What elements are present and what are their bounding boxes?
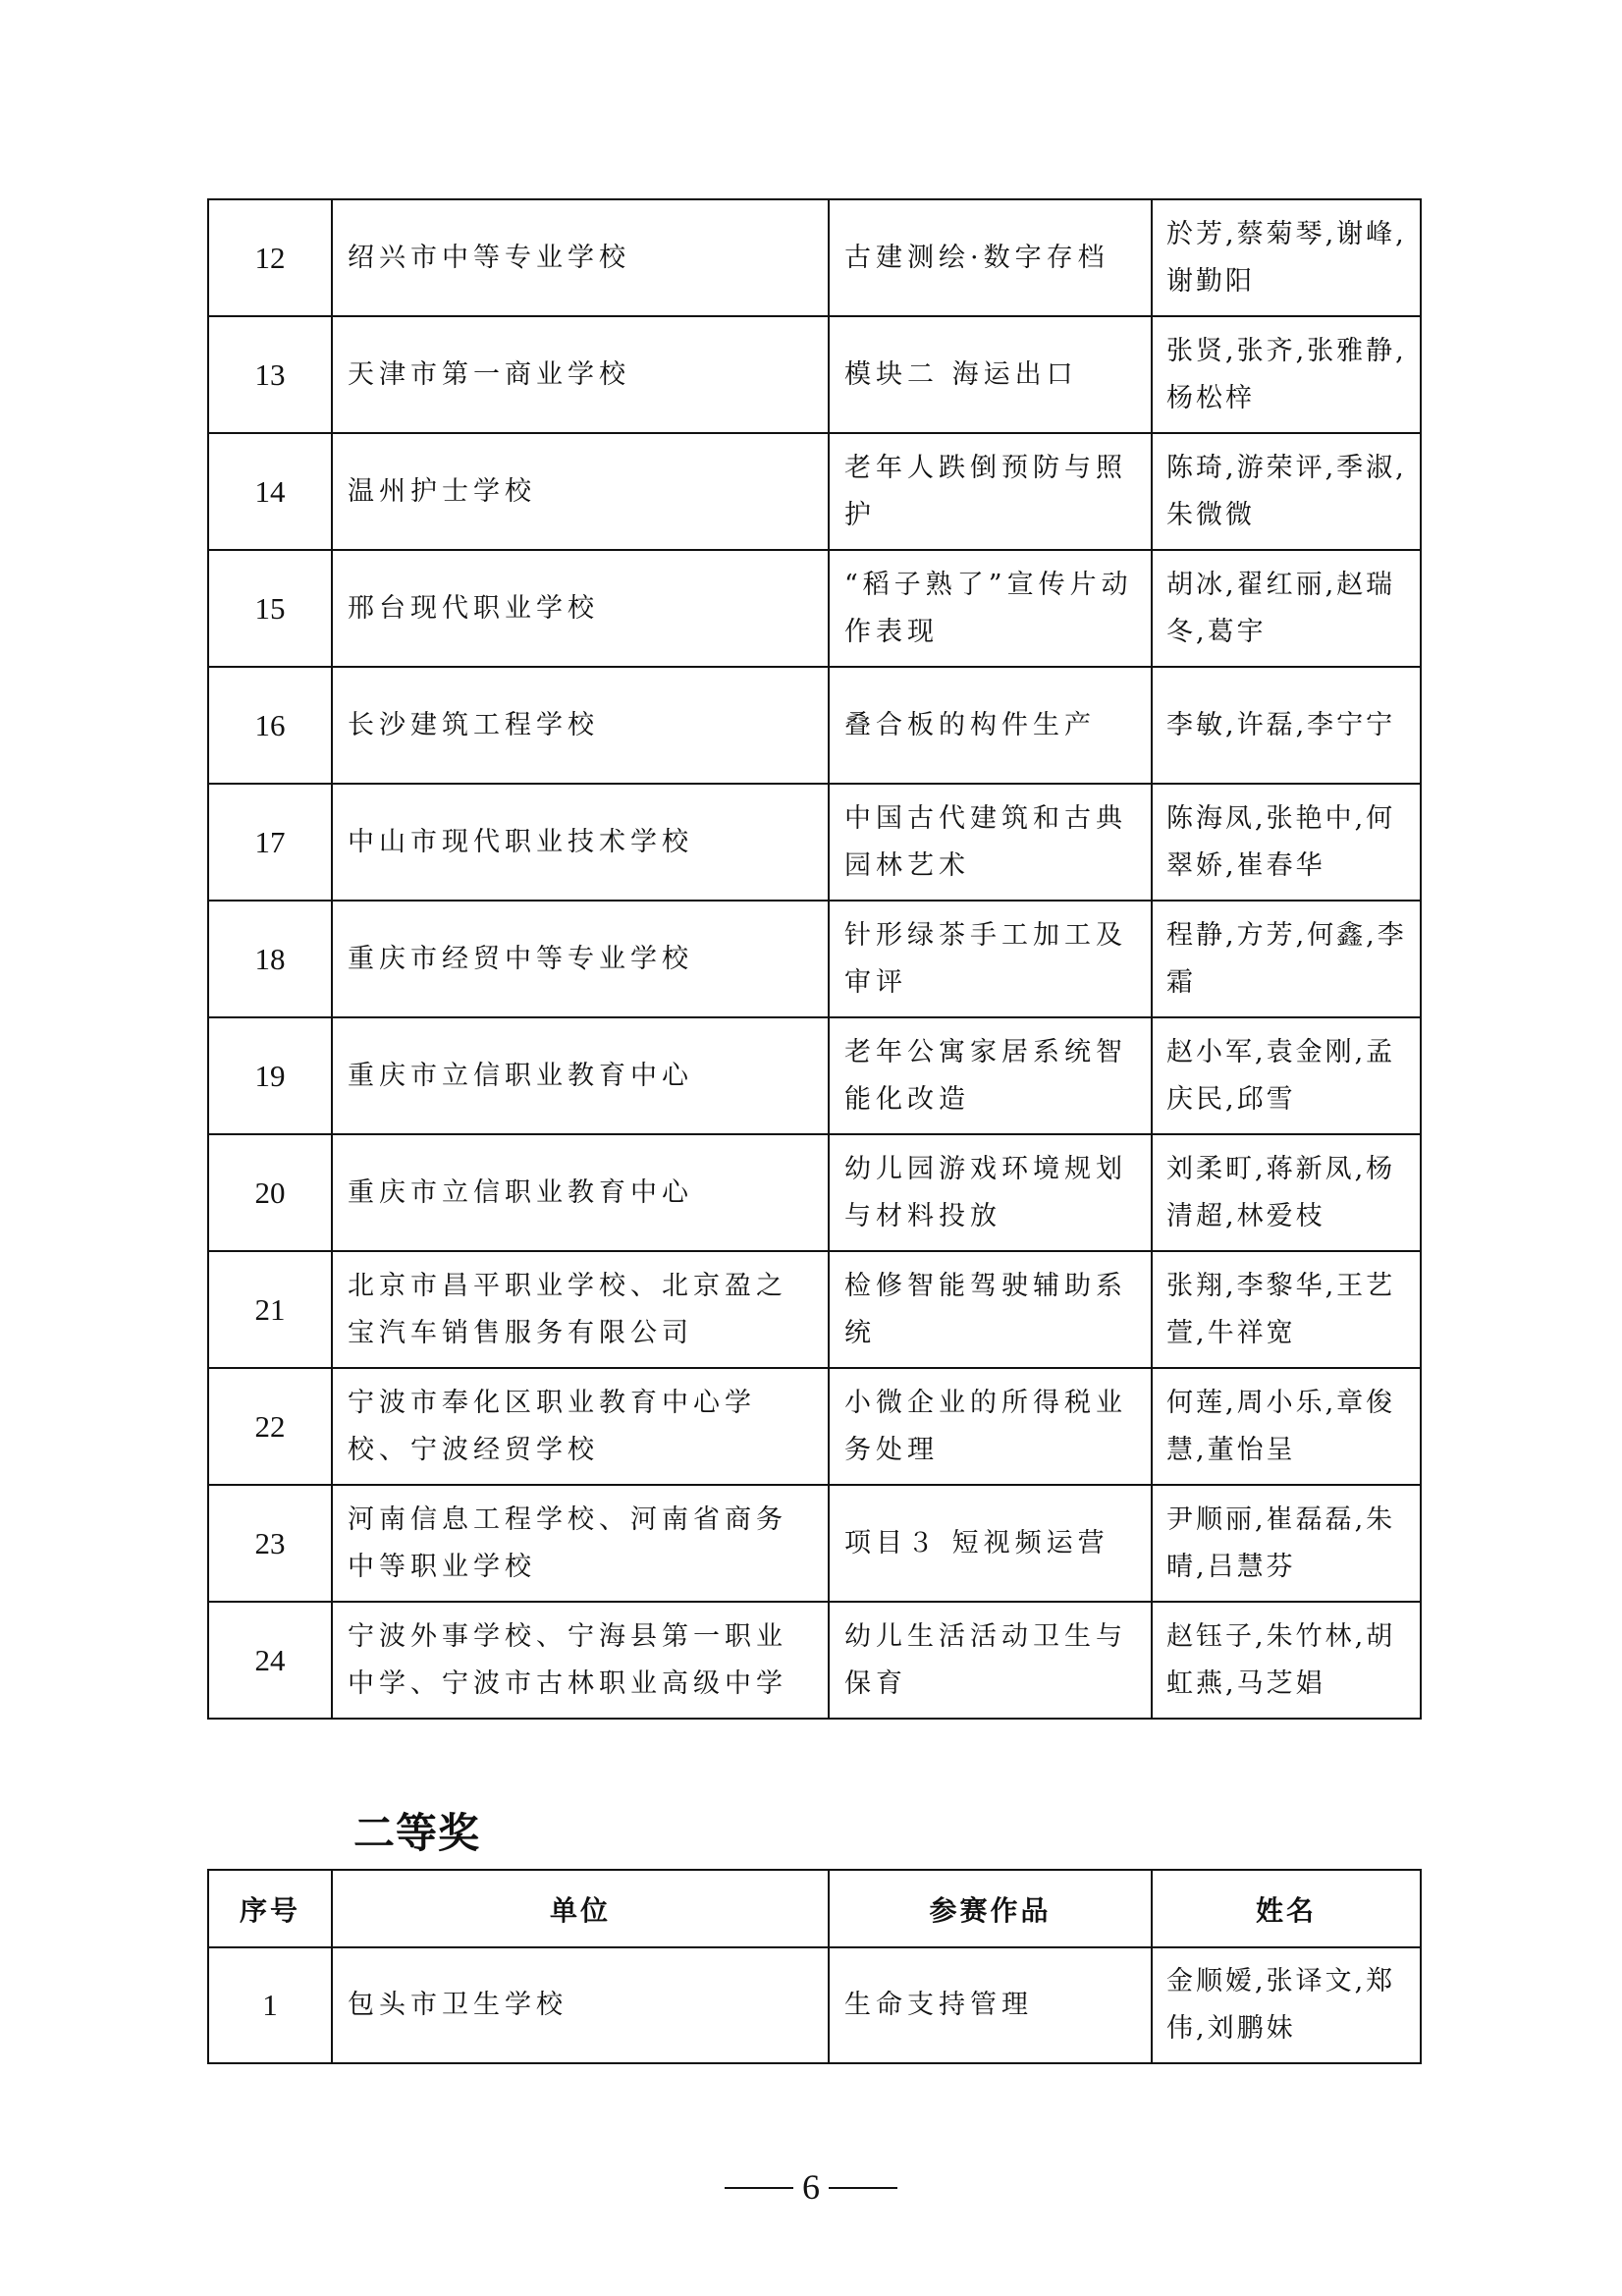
cell-no: 13 — [208, 316, 332, 433]
table-row: 17中山市现代职业技术学校中国古代建筑和古典园林艺术陈海凤,张艳中,何翠娇,崔春… — [208, 784, 1421, 901]
cell-work: 生命支持管理 — [829, 1947, 1152, 2063]
cell-work: 幼儿园游戏环境规划与材料投放 — [829, 1134, 1152, 1251]
table-row: 18重庆市经贸中等专业学校针形绿茶手工加工及审评程静,方芳,何鑫,李霜 — [208, 901, 1421, 1017]
page-footer: 6 — [725, 2163, 897, 2211]
cell-work: 模块二 海运出口 — [829, 316, 1152, 433]
cell-no: 1 — [208, 1947, 332, 2063]
award-table-first: 12绍兴市中等专业学校古建测绘·数字存档於芳,蔡菊琴,谢峰,谢勤阳 13天津市第… — [207, 198, 1422, 1720]
table-row: 1包头市卫生学校生命支持管理金顺嫒,张译文,郑伟,刘鹏妹 — [208, 1947, 1421, 2063]
cell-names: 陈海凤,张艳中,何翠娇,崔春华 — [1152, 784, 1421, 901]
cell-no: 18 — [208, 901, 332, 1017]
table-row: 16长沙建筑工程学校叠合板的构件生产李敏,许磊,李宁宁 — [208, 667, 1421, 784]
cell-no: 12 — [208, 199, 332, 316]
cell-work: 项目３ 短视频运营 — [829, 1485, 1152, 1602]
cell-no: 15 — [208, 550, 332, 667]
footer-dash-right — [829, 2187, 897, 2189]
cell-no: 23 — [208, 1485, 332, 1602]
cell-names: 赵小军,袁金刚,孟庆民,邱雪 — [1152, 1017, 1421, 1134]
cell-unit: 重庆市立信职业教育中心 — [332, 1134, 829, 1251]
cell-unit: 长沙建筑工程学校 — [332, 667, 829, 784]
cell-unit: 温州护士学校 — [332, 433, 829, 550]
cell-unit: 宁波市奉化区职业教育中心学校、宁波经贸学校 — [332, 1368, 829, 1485]
cell-no: 21 — [208, 1251, 332, 1368]
cell-names: 胡冰,翟红丽,赵瑞冬,葛宇 — [1152, 550, 1421, 667]
award-table-second: 序号 单位 参赛作品 姓名 1包头市卫生学校生命支持管理金顺嫒,张译文,郑伟,刘… — [207, 1869, 1422, 2064]
section-heading-second-prize: 二等奖 — [353, 1801, 480, 1860]
cell-no: 14 — [208, 433, 332, 550]
cell-no: 22 — [208, 1368, 332, 1485]
table-row: 19重庆市立信职业教育中心老年公寓家居系统智能化改造赵小军,袁金刚,孟庆民,邱雪 — [208, 1017, 1421, 1134]
table-row: 21北京市昌平职业学校、北京盈之宝汽车销售服务有限公司检修智能驾驶辅助系统张翔,… — [208, 1251, 1421, 1368]
cell-no: 16 — [208, 667, 332, 784]
cell-no: 20 — [208, 1134, 332, 1251]
cell-unit: 重庆市立信职业教育中心 — [332, 1017, 829, 1134]
table-row: 20重庆市立信职业教育中心幼儿园游戏环境规划与材料投放刘柔町,蒋新凤,杨清超,林… — [208, 1134, 1421, 1251]
table-row: 12绍兴市中等专业学校古建测绘·数字存档於芳,蔡菊琴,谢峰,谢勤阳 — [208, 199, 1421, 316]
cell-names: 金顺嫒,张译文,郑伟,刘鹏妹 — [1152, 1947, 1421, 2063]
table-row: 15邢台现代职业学校“稻子熟了”宣传片动作表现胡冰,翟红丽,赵瑞冬,葛宇 — [208, 550, 1421, 667]
cell-work: 中国古代建筑和古典园林艺术 — [829, 784, 1152, 901]
cell-names: 程静,方芳,何鑫,李霜 — [1152, 901, 1421, 1017]
award-table-body: 12绍兴市中等专业学校古建测绘·数字存档於芳,蔡菊琴,谢峰,谢勤阳 13天津市第… — [208, 199, 1421, 1719]
cell-names: 何莲,周小乐,章俊慧,董怡呈 — [1152, 1368, 1421, 1485]
table-header-row: 序号 单位 参赛作品 姓名 — [208, 1870, 1421, 1947]
cell-work: 小微企业的所得税业务处理 — [829, 1368, 1152, 1485]
cell-work: “稻子熟了”宣传片动作表现 — [829, 550, 1152, 667]
cell-names: 刘柔町,蒋新凤,杨清超,林爱枝 — [1152, 1134, 1421, 1251]
cell-unit: 包头市卫生学校 — [332, 1947, 829, 2063]
table-row: 14温州护士学校老年人跌倒预防与照护陈琦,游荣评,季淑,朱微微 — [208, 433, 1421, 550]
cell-unit: 河南信息工程学校、河南省商务中等职业学校 — [332, 1485, 829, 1602]
cell-no: 17 — [208, 784, 332, 901]
cell-work: 老年公寓家居系统智能化改造 — [829, 1017, 1152, 1134]
cell-names: 赵钰子,朱竹林,胡虹燕,马芝娼 — [1152, 1602, 1421, 1719]
header-no: 序号 — [208, 1870, 332, 1947]
cell-no: 24 — [208, 1602, 332, 1719]
cell-no: 19 — [208, 1017, 332, 1134]
cell-unit: 中山市现代职业技术学校 — [332, 784, 829, 901]
cell-unit: 重庆市经贸中等专业学校 — [332, 901, 829, 1017]
cell-work: 幼儿生活活动卫生与保育 — [829, 1602, 1152, 1719]
cell-names: 陈琦,游荣评,季淑,朱微微 — [1152, 433, 1421, 550]
cell-names: 李敏,许磊,李宁宁 — [1152, 667, 1421, 784]
cell-work: 叠合板的构件生产 — [829, 667, 1152, 784]
table-row: 13天津市第一商业学校模块二 海运出口张贤,张齐,张雅静,杨松梓 — [208, 316, 1421, 433]
cell-names: 张贤,张齐,张雅静,杨松梓 — [1152, 316, 1421, 433]
table-row: 23河南信息工程学校、河南省商务中等职业学校项目３ 短视频运营尹顺丽,崔磊磊,朱… — [208, 1485, 1421, 1602]
table-row: 24宁波外事学校、宁海县第一职业中学、宁波市古林职业高级中学幼儿生活活动卫生与保… — [208, 1602, 1421, 1719]
header-work: 参赛作品 — [829, 1870, 1152, 1947]
cell-unit: 邢台现代职业学校 — [332, 550, 829, 667]
cell-unit: 北京市昌平职业学校、北京盈之宝汽车销售服务有限公司 — [332, 1251, 829, 1368]
cell-names: 张翔,李黎华,王艺萱,牛祥宽 — [1152, 1251, 1421, 1368]
cell-unit: 宁波外事学校、宁海县第一职业中学、宁波市古林职业高级中学 — [332, 1602, 829, 1719]
cell-work: 检修智能驾驶辅助系统 — [829, 1251, 1152, 1368]
header-unit: 单位 — [332, 1870, 829, 1947]
cell-unit: 天津市第一商业学校 — [332, 316, 829, 433]
cell-unit: 绍兴市中等专业学校 — [332, 199, 829, 316]
cell-names: 於芳,蔡菊琴,谢峰,谢勤阳 — [1152, 199, 1421, 316]
header-names: 姓名 — [1152, 1870, 1421, 1947]
table-row: 22宁波市奉化区职业教育中心学校、宁波经贸学校小微企业的所得税业务处理何莲,周小… — [208, 1368, 1421, 1485]
cell-work: 老年人跌倒预防与照护 — [829, 433, 1152, 550]
cell-work: 针形绿茶手工加工及审评 — [829, 901, 1152, 1017]
cell-names: 尹顺丽,崔磊磊,朱晴,吕慧芬 — [1152, 1485, 1421, 1602]
cell-work: 古建测绘·数字存档 — [829, 199, 1152, 316]
